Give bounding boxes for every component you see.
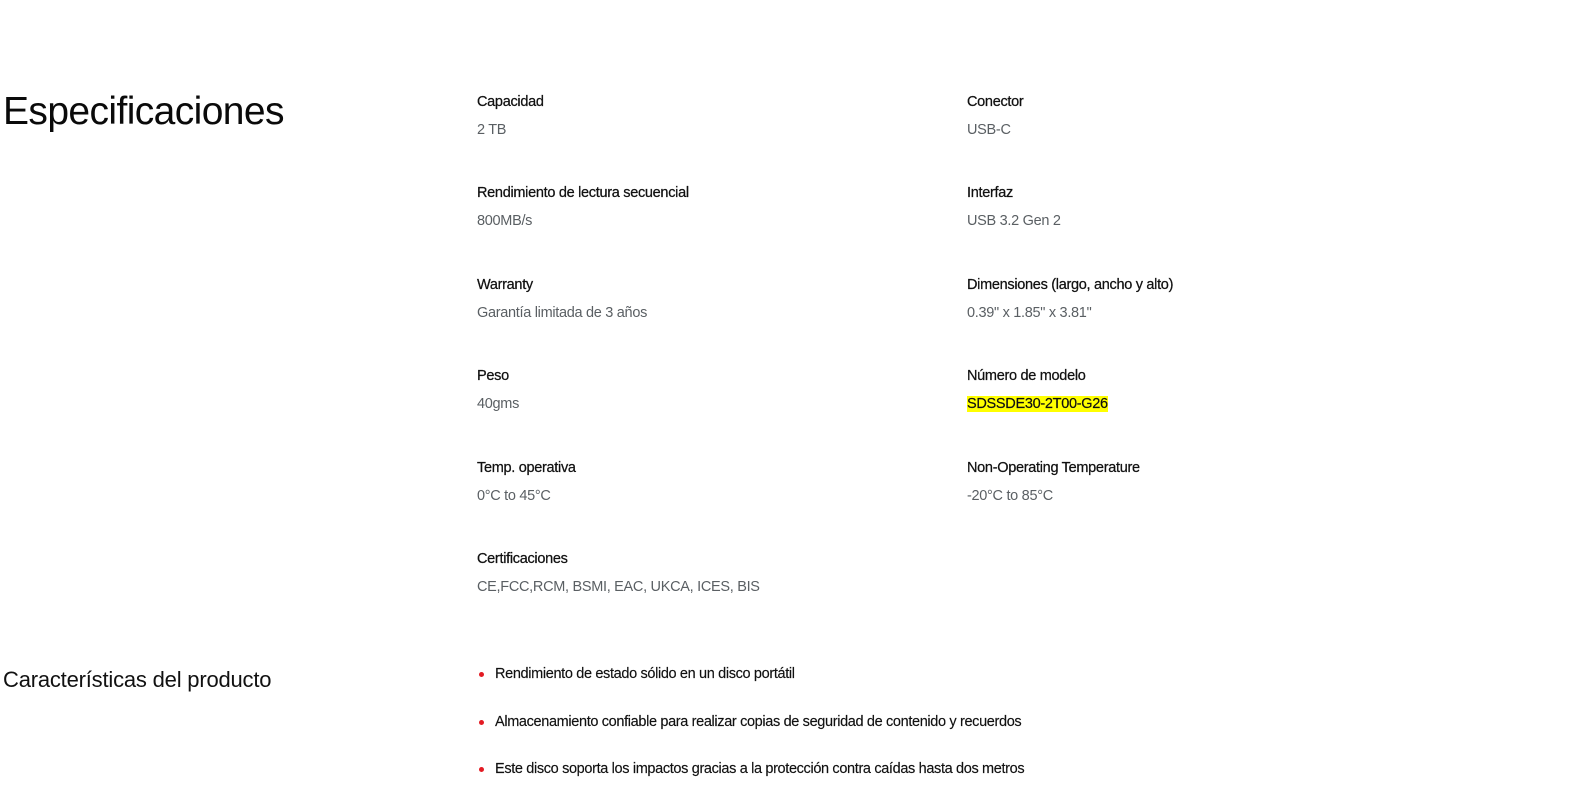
- spec-operating-temp: Temp. operativa 0°C to 45°C: [477, 459, 917, 505]
- spec-value: 0.39" x 1.85" x 3.81": [967, 304, 1407, 322]
- spec-label: Conector: [967, 93, 1407, 111]
- spec-model-number: Número de modelo SDSSDE30-2T00-G26: [967, 367, 1407, 413]
- feature-text: Almacenamiento confiable para realizar c…: [495, 714, 1021, 730]
- spec-label: Peso: [477, 367, 917, 385]
- bullet-dot-icon: [479, 720, 484, 725]
- list-item: Este disco soporta los impactos gracias …: [477, 760, 1024, 778]
- spec-value: CE,FCC,RCM, BSMI, EAC, UKCA, ICES, BIS: [477, 578, 917, 596]
- product-specs-page: Especificaciones Capacidad 2 TB Conector…: [0, 0, 1578, 804]
- bullet-dot-icon: [479, 767, 484, 772]
- spec-label: Número de modelo: [967, 367, 1407, 385]
- spec-label: Capacidad: [477, 93, 917, 111]
- list-item: Almacenamiento confiable para realizar c…: [477, 713, 1024, 731]
- specifications-heading: Especificaciones: [3, 88, 284, 136]
- spec-value: Garantía limitada de 3 años: [477, 304, 917, 322]
- bullet-dot-icon: [479, 672, 484, 677]
- spec-label: Warranty: [477, 276, 917, 294]
- spec-value: -20°C to 85°C: [967, 487, 1407, 505]
- spec-label: Rendimiento de lectura secuencial: [477, 184, 917, 202]
- spec-sequential-read: Rendimiento de lectura secuencial 800MB/…: [477, 184, 917, 230]
- spec-weight: Peso 40gms: [477, 367, 917, 413]
- model-number-text: SDSSDE30-2T00-G26: [967, 396, 1108, 412]
- spec-warranty: Warranty Garantía limitada de 3 años: [477, 276, 917, 322]
- spec-value: 40gms: [477, 395, 917, 413]
- feature-text: Este disco soporta los impactos gracias …: [495, 761, 1024, 777]
- feature-text: Rendimiento de estado sólido en un disco…: [495, 666, 795, 682]
- features-list: Rendimiento de estado sólido en un disco…: [477, 665, 1024, 804]
- spec-value: 0°C to 45°C: [477, 487, 917, 505]
- spec-label: Certificaciones: [477, 550, 917, 568]
- features-heading: Características del producto: [3, 666, 271, 694]
- spec-non-operating-temp: Non-Operating Temperature -20°C to 85°C: [967, 459, 1407, 505]
- spec-connector: Conector USB-C: [967, 93, 1407, 139]
- list-item: Rendimiento de estado sólido en un disco…: [477, 665, 1024, 683]
- spec-interface: Interfaz USB 3.2 Gen 2: [967, 184, 1407, 230]
- spec-capacity: Capacidad 2 TB: [477, 93, 917, 139]
- spec-certifications: Certificaciones CE,FCC,RCM, BSMI, EAC, U…: [477, 550, 917, 596]
- spec-label: Dimensiones (largo, ancho y alto): [967, 276, 1407, 294]
- spec-label: Non-Operating Temperature: [967, 459, 1407, 477]
- spec-value: USB-C: [967, 121, 1407, 139]
- spec-label: Interfaz: [967, 184, 1407, 202]
- spec-label: Temp. operativa: [477, 459, 917, 477]
- spec-value-highlighted: SDSSDE30-2T00-G26: [967, 395, 1407, 413]
- spec-dimensions: Dimensiones (largo, ancho y alto) 0.39" …: [967, 276, 1407, 322]
- spec-value: 800MB/s: [477, 212, 917, 230]
- spec-value: 2 TB: [477, 121, 917, 139]
- spec-value: USB 3.2 Gen 2: [967, 212, 1407, 230]
